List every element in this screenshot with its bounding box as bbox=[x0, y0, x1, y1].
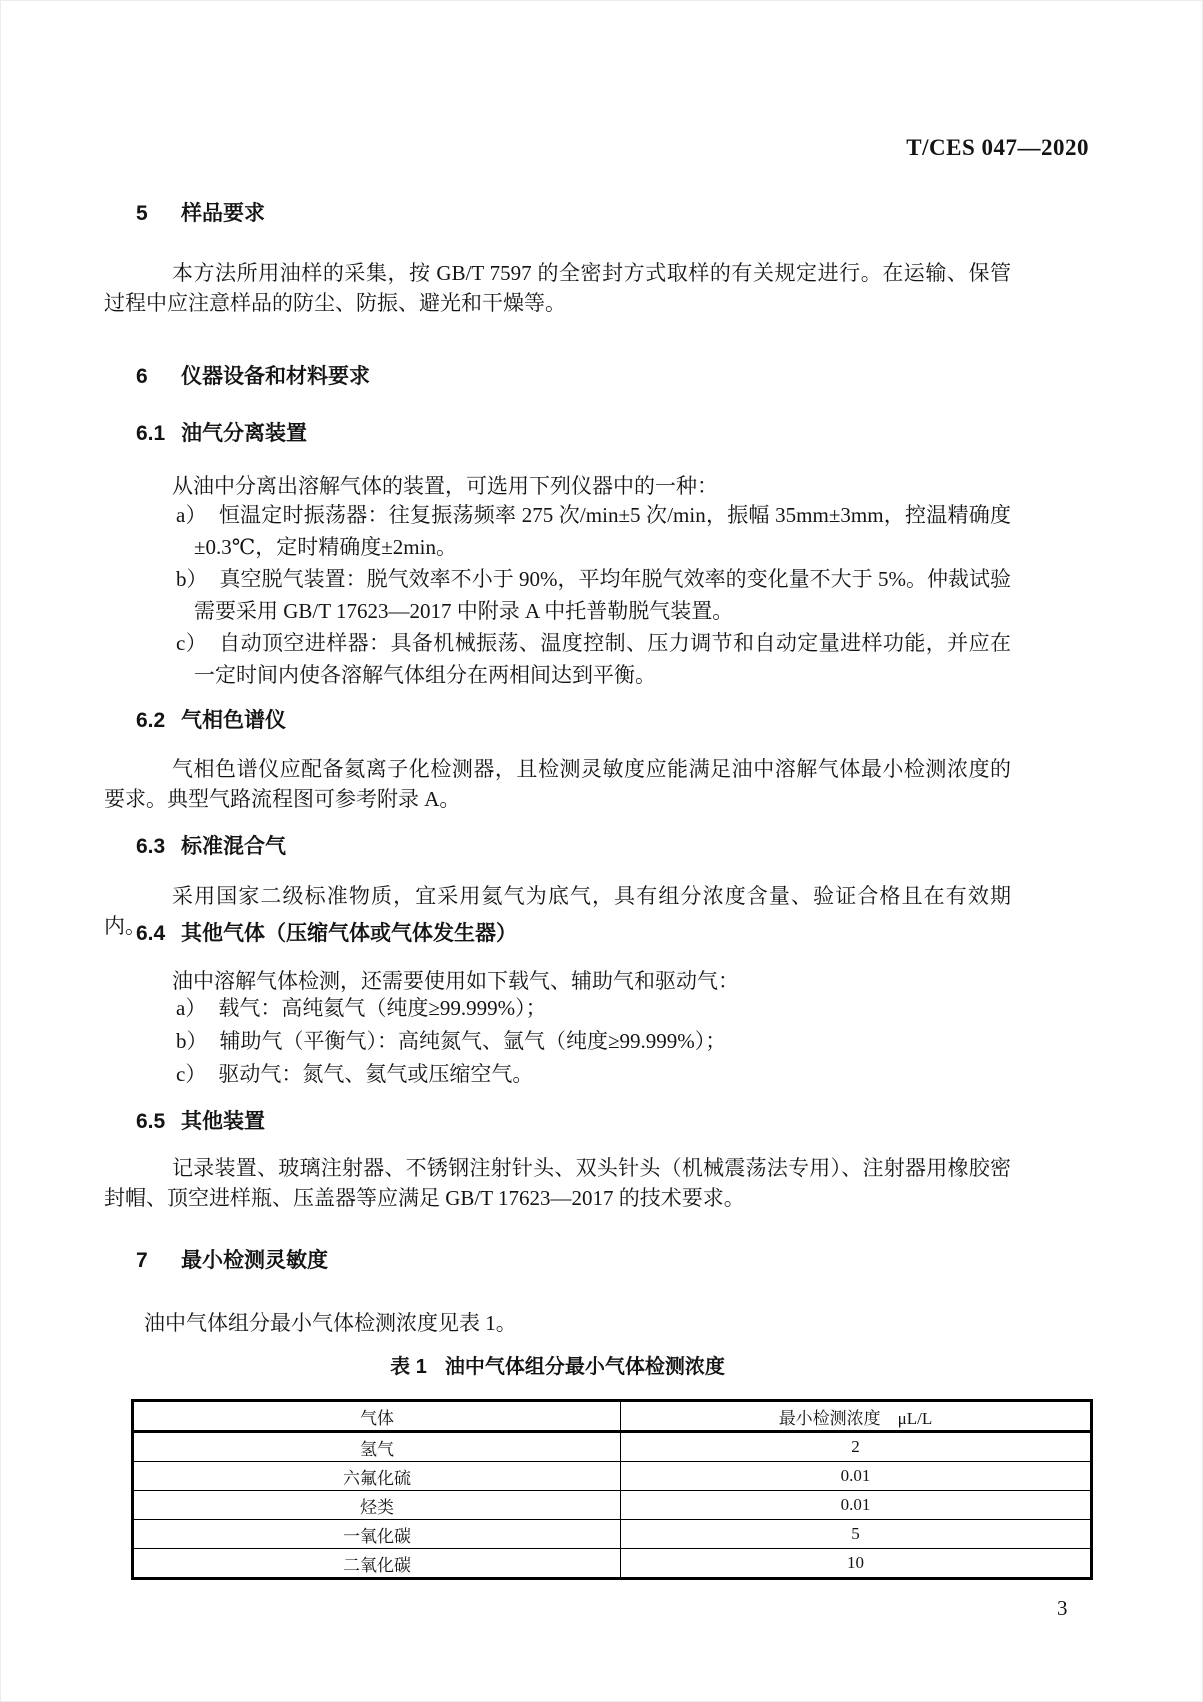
table-row: 一氧化碳 5 bbox=[133, 1520, 1092, 1549]
table-row: 二氧化碳 10 bbox=[133, 1549, 1092, 1579]
list-item-auxiliary-gas: b）辅助气（平衡气）：高纯氮气、氩气（纯度≥99.999%）； bbox=[176, 1025, 1011, 1058]
page-number: 3 bbox=[1057, 1596, 1068, 1621]
cell-value: 10 bbox=[621, 1549, 1092, 1579]
cell-value: 5 bbox=[621, 1520, 1092, 1549]
paragraph-6-1-intro: 从油中分离出溶解气体的装置，可选用下列仪器中的一种： bbox=[104, 471, 1011, 501]
heading-7: 7最小检测灵敏度 bbox=[136, 1248, 328, 1274]
heading-6-5-title: 其他装置 bbox=[181, 1110, 265, 1133]
list-text-a: 恒温定时振荡器：往复振荡频率 275 次/min±5 次/min，振幅 35mm… bbox=[194, 503, 1011, 559]
heading-5: 5样品要求 bbox=[136, 201, 265, 227]
list-text-b: 辅助气（平衡气）：高纯氮气、氩气（纯度≥99.999%）； bbox=[220, 1029, 727, 1053]
list-marker-b: b） bbox=[176, 567, 220, 591]
table-caption: 表 1油中气体组分最小气体检测浓度 bbox=[104, 1350, 1011, 1379]
heading-5-number: 5 bbox=[136, 201, 181, 227]
list-6-4: a）载气：高纯氦气（纯度≥99.999%）； b）辅助气（平衡气）：高纯氮气、氩… bbox=[176, 992, 1011, 1091]
heading-6: 6仪器设备和材料要求 bbox=[136, 364, 370, 390]
col-header-min-concentration: 最小检测浓度 μL/L bbox=[621, 1401, 1092, 1432]
heading-7-number: 7 bbox=[136, 1248, 181, 1274]
heading-6-1-title: 油气分离装置 bbox=[181, 422, 307, 445]
list-text-a: 载气：高纯氦气（纯度≥99.999%）； bbox=[218, 996, 546, 1020]
cell-gas: 一氧化碳 bbox=[133, 1520, 621, 1549]
paragraph-7: 油中气体组分最小气体检测浓度见表 1。 bbox=[104, 1308, 1011, 1338]
heading-6-2-title: 气相色谱仪 bbox=[181, 709, 286, 732]
list-text-c: 驱动气：氮气、氦气或压缩空气。 bbox=[218, 1062, 533, 1086]
table-caption-label: 表 1 bbox=[390, 1356, 427, 1378]
gas-detection-table: 气体 最小检测浓度 μL/L 氢气 2 六氟化硫 0.01 烃类 0.01 一氧… bbox=[131, 1399, 1093, 1580]
doc-code: T/CES 047—2020 bbox=[906, 135, 1089, 161]
heading-6-3-title: 标准混合气 bbox=[181, 835, 286, 858]
paragraph-5: 本方法所用油样的采集，按 GB/T 7597 的全密封方式取样的有关规定进行。在… bbox=[104, 258, 1011, 318]
col-header-gas: 气体 bbox=[133, 1401, 621, 1432]
list-text-c: 自动顶空进样器：具备机械振荡、温度控制、压力调节和自动定量进样功能，并应在一定时… bbox=[194, 631, 1011, 687]
cell-value: 0.01 bbox=[621, 1491, 1092, 1520]
heading-6-1-number: 6.1 bbox=[136, 421, 181, 447]
cell-value: 2 bbox=[621, 1432, 1092, 1462]
heading-6-3: 6.3标准混合气 bbox=[136, 834, 286, 860]
list-item-carrier-gas: a）载气：高纯氦气（纯度≥99.999%）； bbox=[176, 992, 1011, 1025]
heading-6-4-title: 其他气体（压缩气体或气体发生器） bbox=[181, 922, 517, 945]
list-item-a: a）恒温定时振荡器：往复振荡频率 275 次/min±5 次/min，振幅 35… bbox=[176, 499, 1011, 563]
heading-7-title: 最小检测灵敏度 bbox=[181, 1249, 328, 1272]
heading-6-1: 6.1油气分离装置 bbox=[136, 421, 307, 447]
cell-gas: 六氟化硫 bbox=[133, 1462, 621, 1491]
list-marker-a: a） bbox=[176, 996, 218, 1020]
list-marker-c: c） bbox=[176, 1062, 218, 1086]
list-marker-c: c） bbox=[176, 631, 219, 655]
heading-6-5-number: 6.5 bbox=[136, 1109, 181, 1135]
cell-gas: 二氧化碳 bbox=[133, 1549, 621, 1579]
heading-6-2: 6.2气相色谱仪 bbox=[136, 708, 286, 734]
table-header-row: 气体 最小检测浓度 μL/L bbox=[133, 1401, 1092, 1432]
table-row: 氢气 2 bbox=[133, 1432, 1092, 1462]
document-page: T/CES 047—2020 5样品要求 本方法所用油样的采集，按 GB/T 7… bbox=[0, 0, 1203, 1702]
cell-gas: 氢气 bbox=[133, 1432, 621, 1462]
heading-6-4: 6.4其他气体（压缩气体或气体发生器） bbox=[136, 921, 517, 947]
list-item-drive-gas: c）驱动气：氮气、氦气或压缩空气。 bbox=[176, 1058, 1011, 1091]
cell-gas: 烃类 bbox=[133, 1491, 621, 1520]
heading-6-2-number: 6.2 bbox=[136, 708, 181, 734]
list-item-b: b）真空脱气装置：脱气效率不小于 90%，平均年脱气效率的变化量不大于 5%。仲… bbox=[176, 563, 1011, 627]
paragraph-6-2: 气相色谱仪应配备氦离子化检测器，且检测灵敏度应能满足油中溶解气体最小检测浓度的要… bbox=[104, 754, 1011, 814]
table-row: 六氟化硫 0.01 bbox=[133, 1462, 1092, 1491]
paragraph-6-5: 记录装置、玻璃注射器、不锈钢注射针头、双头针头（机械震荡法专用）、注射器用橡胶密… bbox=[104, 1153, 1011, 1213]
table-row: 烃类 0.01 bbox=[133, 1491, 1092, 1520]
list-marker-a: a） bbox=[176, 503, 219, 527]
heading-6-5: 6.5其他装置 bbox=[136, 1109, 265, 1135]
cell-value: 0.01 bbox=[621, 1462, 1092, 1491]
list-6-1: a）恒温定时振荡器：往复振荡频率 275 次/min±5 次/min，振幅 35… bbox=[176, 499, 1011, 691]
table-caption-text: 油中气体组分最小气体检测浓度 bbox=[445, 1356, 725, 1378]
heading-6-3-number: 6.3 bbox=[136, 834, 181, 860]
list-marker-b: b） bbox=[176, 1029, 220, 1053]
list-text-b: 真空脱气装置：脱气效率不小于 90%，平均年脱气效率的变化量不大于 5%。仲裁试… bbox=[194, 567, 1011, 623]
heading-6-title: 仪器设备和材料要求 bbox=[181, 365, 370, 388]
heading-6-4-number: 6.4 bbox=[136, 921, 181, 947]
heading-5-title: 样品要求 bbox=[181, 202, 265, 225]
heading-6-number: 6 bbox=[136, 364, 181, 390]
list-item-c: c）自动顶空进样器：具备机械振荡、温度控制、压力调节和自动定量进样功能，并应在一… bbox=[176, 627, 1011, 691]
